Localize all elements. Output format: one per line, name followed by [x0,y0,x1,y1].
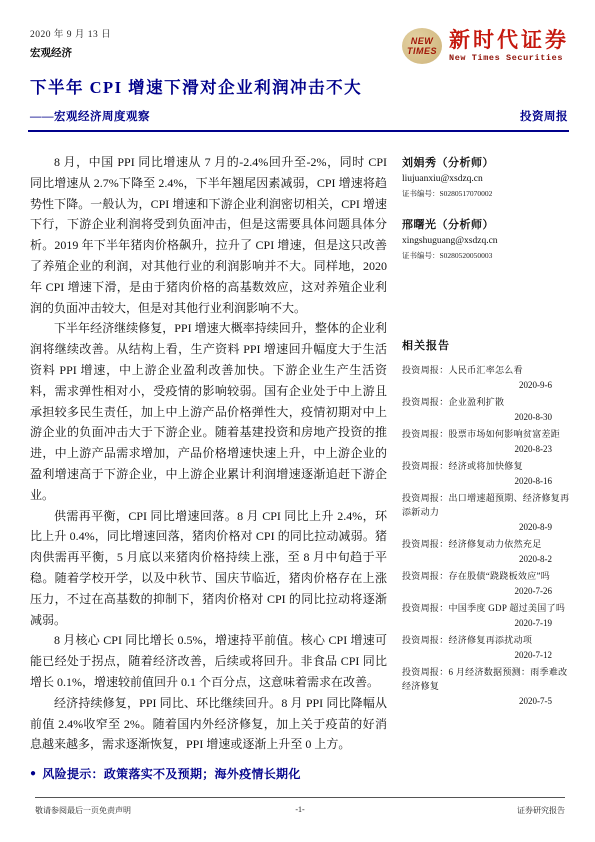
company-logo: NEW TIMES 新时代证券 New Times Securities [402,28,569,64]
related-report-date: 2020-8-16 [402,476,570,486]
page-number: -1- [35,805,565,814]
analyst-cert: 证书编号：S0280517070002 [402,188,570,199]
related-report-title: 投资周报：人民币汇率怎么看 [402,363,570,377]
brand-name-cn: 新时代证券 [449,29,569,51]
related-report-item: 投资周报：存在股债“跷跷板效应”吗 2020-7-26 [402,569,570,596]
related-report-item: 投资周报：人民币汇率怎么看 2020-9-6 [402,363,570,390]
footer: -1- 敬请参阅最后一页免责声明 证券研究报告 [35,797,565,816]
related-report-title: 投资周报：经济修复再添扰动项 [402,633,570,647]
report-type-label: 投资周报 [520,108,568,124]
related-report-item: 投资周报：中国季度 GDP 超过美国了吗 2020-7-19 [402,601,570,628]
analyst-name: 邢曙光（分析师） [402,216,570,232]
brand-text: 新时代证券 New Times Securities [449,29,569,63]
report-date: 2020 年 9 月 13 日 [30,26,111,40]
related-report-title: 投资周报：中国季度 GDP 超过美国了吗 [402,601,570,615]
content: 8 月，中国 PPI 同比增速从 7 月的-2.4%回升至-2%，同时 CPI … [0,132,595,785]
related-report-item: 投资周报：企业盈利扩散 2020-8-30 [402,395,570,422]
related-report-date: 2020-7-19 [402,618,570,628]
badge-text-bottom: TIMES [407,46,437,56]
paragraph: 供需再平衡，CPI 同比增速回落。8 月 CPI 同比上升 2.4%，环比上升 … [30,506,387,631]
bullet-icon: ● [30,764,36,784]
new-times-badge-icon: NEW TIMES [402,28,442,64]
related-report-item: 投资周报：经济修复动力依然充足 2020-8-2 [402,537,570,564]
report-page: 2020 年 9 月 13 日 宏观经济 NEW TIMES 新时代证券 New… [0,0,595,842]
related-report-title: 投资周报：6 月经济数据预测：雨季难改经济修复 [402,665,570,693]
related-report-item: 投资周报：出口增速超预期、经济修复再添新动力 2020-8-9 [402,491,570,532]
analyst-block: 邢曙光（分析师） xingshuguang@xsdzq.cn 证书编号：S028… [402,216,570,261]
report-category: 宏观经济 [30,45,111,60]
related-report-date: 2020-7-26 [402,586,570,596]
related-report-title: 投资周报：股票市场如何影响贫富差距 [402,427,570,441]
related-report-date: 2020-8-2 [402,554,570,564]
related-report-date: 2020-7-5 [402,696,570,706]
sidebar: 刘娟秀（分析师） liujuanxiu@xsdzq.cn 证书编号：S02805… [402,152,570,785]
paragraph: 8 月核心 CPI 同比增长 0.5%，增速持平前值。核心 CPI 增速可能已经… [30,630,387,692]
header: 2020 年 9 月 13 日 宏观经济 NEW TIMES 新时代证券 New… [0,0,595,64]
paragraph: 8 月，中国 PPI 同比增速从 7 月的-2.4%回升至-2%，同时 CPI … [30,152,387,318]
badge-text-top: NEW [411,36,434,46]
related-report-item: 投资周报：经济修复再添扰动项 2020-7-12 [402,633,570,660]
main-text-column: 8 月，中国 PPI 同比增速从 7 月的-2.4%回升至-2%，同时 CPI … [30,152,387,785]
analyst-block: 刘娟秀（分析师） liujuanxiu@xsdzq.cn 证书编号：S02805… [402,154,570,199]
related-report-date: 2020-9-6 [402,380,570,390]
analyst-cert: 证书编号：S0280520050003 [402,250,570,261]
risk-note-text: 风险提示：政策落实不及预期；海外疫情长期化 [42,764,300,785]
analyst-name: 刘娟秀（分析师） [402,154,570,170]
related-report-date: 2020-8-23 [402,444,570,454]
related-report-date: 2020-8-9 [402,522,570,532]
header-left: 2020 年 9 月 13 日 宏观经济 [30,26,111,60]
footer-inner: -1- 敬请参阅最后一页免责声明 证券研究报告 [35,805,565,816]
paragraph: 经济持续修复，PPI 同比、环比继续回升。8 月 PPI 同比降幅从前值 2.4… [30,693,387,755]
analyst-email: liujuanxiu@xsdzq.cn [402,174,570,184]
paragraph: 下半年经济继续修复，PPI 增速大概率持续回升，整体的企业利润将继续改善。从结构… [30,318,387,505]
related-report-title: 投资周报：企业盈利扩散 [402,395,570,409]
related-report-title: 投资周报：存在股债“跷跷板效应”吗 [402,569,570,583]
related-report-date: 2020-7-12 [402,650,570,660]
related-report-item: 投资周报：股票市场如何影响贫富差距 2020-8-23 [402,427,570,454]
related-report-item: 投资周报：经济或将加快修复 2020-8-16 [402,459,570,486]
analyst-email: xingshuguang@xsdzq.cn [402,236,570,246]
related-report-title: 投资周报：经济或将加快修复 [402,459,570,473]
brand-name-en: New Times Securities [449,53,569,63]
subtitle-row: ——宏观经济周度观察 投资周报 [30,108,568,124]
page-subtitle: ——宏观经济周度观察 [30,108,150,124]
related-report-title: 投资周报：经济修复动力依然充足 [402,537,570,551]
related-report-item: 投资周报：6 月经济数据预测：雨季难改经济修复 2020-7-5 [402,665,570,706]
related-report-date: 2020-8-30 [402,412,570,422]
related-reports-heading: 相关报告 [402,337,570,353]
related-report-title: 投资周报：出口增速超预期、经济修复再添新动力 [402,491,570,519]
risk-note: ● 风险提示：政策落实不及预期；海外疫情长期化 [30,764,387,785]
page-title: 下半年 CPI 增速下滑对企业利润冲击不大 [30,74,565,98]
